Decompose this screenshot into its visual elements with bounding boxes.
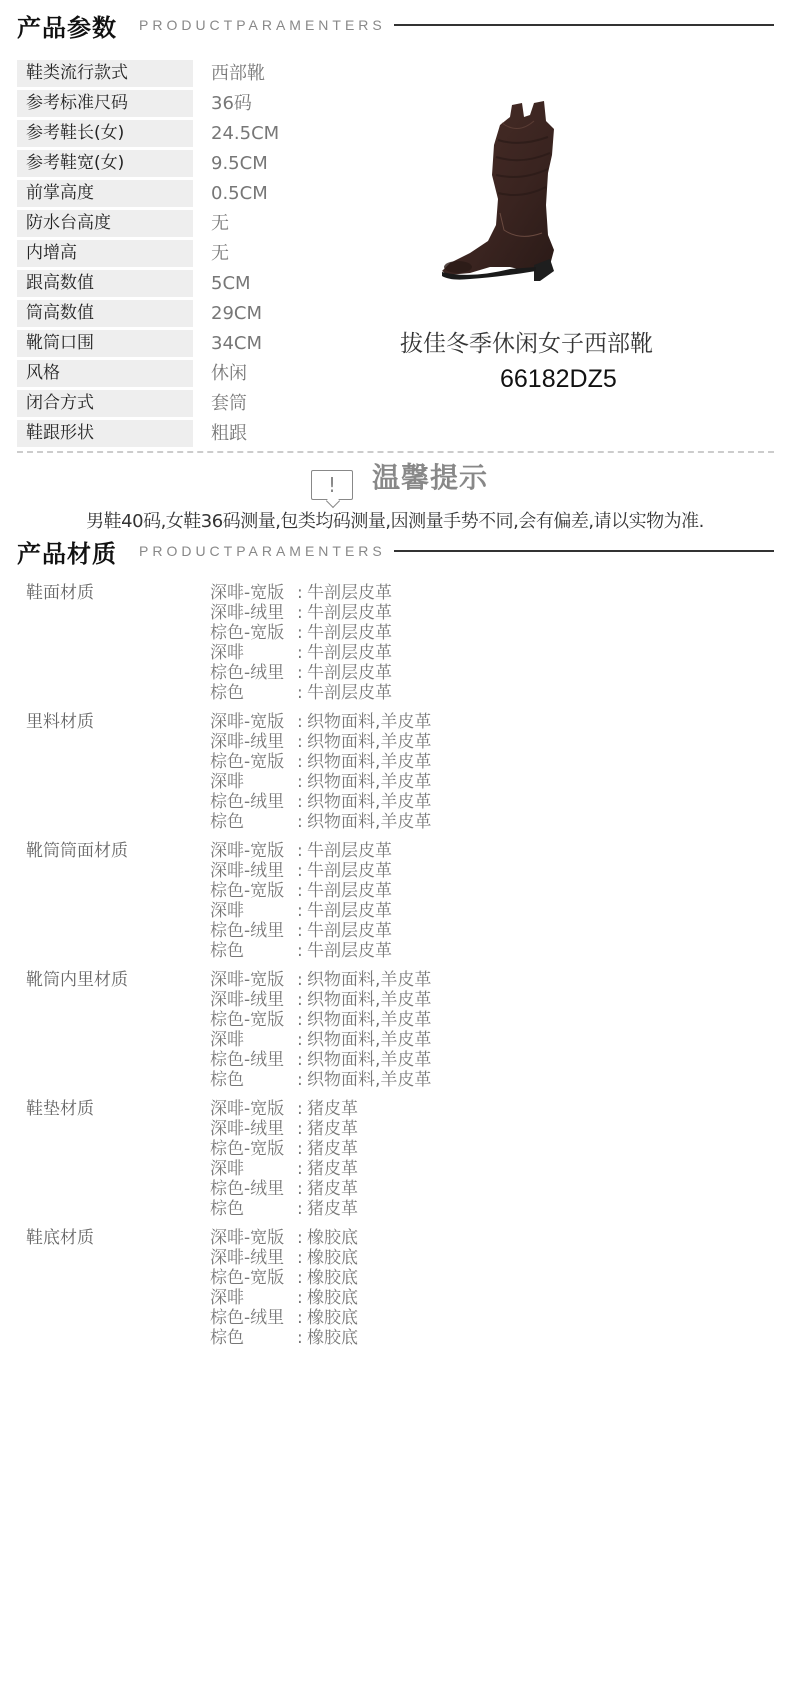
material-line: 深啡:牛剖层皮革	[210, 643, 392, 663]
materials-list: 鞋面材质深啡-宽版:牛剖层皮革深啡-绒里:牛剖层皮革棕色-宽版:牛剖层皮革深啡:…	[26, 583, 626, 1357]
material-colon: :	[297, 970, 307, 990]
param-value: 休闲	[211, 360, 247, 387]
material-lines: 深啡-宽版:橡胶底深啡-绒里:橡胶底棕色-宽版:橡胶底深啡:橡胶底棕色-绒里:橡…	[210, 1228, 358, 1348]
material-variant: 棕色-绒里	[210, 1050, 297, 1070]
param-value: 9.5CM	[211, 150, 268, 177]
param-label: 参考鞋宽(女)	[17, 150, 193, 177]
material-line: 棕色-绒里:织物面料,羊皮革	[210, 1050, 431, 1070]
material-variant: 棕色-绒里	[210, 663, 297, 683]
material-colon: :	[297, 732, 307, 752]
material-value: 牛剖层皮革	[307, 683, 392, 703]
material-value: 橡胶底	[307, 1308, 358, 1328]
material-line: 棕色:橡胶底	[210, 1328, 358, 1348]
material-value: 织物面料,羊皮革	[307, 990, 431, 1010]
material-variant: 深啡	[210, 1159, 297, 1179]
material-value: 牛剖层皮革	[307, 603, 392, 623]
param-value: 5CM	[211, 270, 251, 297]
param-label: 内增高	[17, 240, 193, 267]
material-value: 猪皮革	[307, 1119, 358, 1139]
material-group: 鞋底材质深啡-宽版:橡胶底深啡-绒里:橡胶底棕色-宽版:橡胶底深啡:橡胶底棕色-…	[26, 1228, 626, 1348]
material-colon: :	[297, 1328, 307, 1348]
material-colon: :	[297, 643, 307, 663]
param-label: 闭合方式	[17, 390, 193, 417]
section-subtitle: PRODUCTPARAMENTERS	[139, 543, 386, 559]
material-variant: 棕色-宽版	[210, 623, 297, 643]
material-colon: :	[297, 901, 307, 921]
material-lines: 深啡-宽版:牛剖层皮革深啡-绒里:牛剖层皮革棕色-宽版:牛剖层皮革深啡:牛剖层皮…	[210, 841, 392, 961]
param-label: 前掌高度	[17, 180, 193, 207]
material-colon: :	[297, 792, 307, 812]
material-variant: 棕色	[210, 1199, 297, 1219]
material-colon: :	[297, 623, 307, 643]
material-colon: :	[297, 683, 307, 703]
param-label: 跟高数值	[17, 270, 193, 297]
material-colon: :	[297, 990, 307, 1010]
material-colon: :	[297, 1179, 307, 1199]
material-line: 深啡-宽版:牛剖层皮革	[210, 841, 392, 861]
param-row: 风格休闲	[17, 360, 347, 387]
param-row: 防水台高度无	[17, 210, 347, 237]
param-label: 风格	[17, 360, 193, 387]
section-subtitle: PRODUCTPARAMENTERS	[139, 17, 386, 33]
tip-title: 温馨提示	[372, 456, 488, 496]
material-variant: 棕色	[210, 1070, 297, 1090]
material-variant: 深啡	[210, 901, 297, 921]
material-line: 深啡:猪皮革	[210, 1159, 358, 1179]
material-value: 牛剖层皮革	[307, 901, 392, 921]
material-line: 深啡-绒里:橡胶底	[210, 1248, 358, 1268]
material-line: 深啡:牛剖层皮革	[210, 901, 392, 921]
material-variant: 棕色-宽版	[210, 1268, 297, 1288]
material-line: 棕色-宽版:织物面料,羊皮革	[210, 752, 431, 772]
material-value: 牛剖层皮革	[307, 861, 392, 881]
material-line: 深啡:织物面料,羊皮革	[210, 772, 431, 792]
section-title: 产品材质	[17, 534, 117, 569]
material-variant: 深啡-宽版	[210, 1228, 297, 1248]
material-colon: :	[297, 1308, 307, 1328]
material-value: 牛剖层皮革	[307, 941, 392, 961]
param-row: 跟高数值5CM	[17, 270, 347, 297]
material-line: 棕色-绒里:牛剖层皮革	[210, 921, 392, 941]
material-value: 猪皮革	[307, 1099, 358, 1119]
dashed-divider	[17, 451, 774, 453]
params-table: 鞋类流行款式西部靴参考标准尺码36码参考鞋长(女)24.5CM参考鞋宽(女)9.…	[17, 60, 347, 450]
material-colon: :	[297, 772, 307, 792]
material-colon: :	[297, 1119, 307, 1139]
material-line: 深啡:织物面料,羊皮革	[210, 1030, 431, 1050]
tip-text: 男鞋40码,女鞋36码测量,包类均码测量,因测量手势不同,会有偏差,请以实物为准…	[0, 507, 790, 533]
param-value: 西部靴	[211, 60, 265, 87]
material-colon: :	[297, 752, 307, 772]
material-label: 鞋面材质	[26, 583, 210, 703]
material-group: 里料材质深啡-宽版:织物面料,羊皮革深啡-绒里:织物面料,羊皮革棕色-宽版:织物…	[26, 712, 626, 832]
material-colon: :	[297, 1010, 307, 1030]
material-line: 棕色-宽版:橡胶底	[210, 1268, 358, 1288]
param-row: 参考鞋长(女)24.5CM	[17, 120, 347, 147]
material-value: 织物面料,羊皮革	[307, 792, 431, 812]
material-variant: 棕色	[210, 812, 297, 832]
material-value: 牛剖层皮革	[307, 663, 392, 683]
param-row: 内增高无	[17, 240, 347, 267]
material-variant: 深啡-宽版	[210, 841, 297, 861]
material-colon: :	[297, 881, 307, 901]
material-value: 织物面料,羊皮革	[307, 1070, 431, 1090]
material-value: 猪皮革	[307, 1139, 358, 1159]
section-title: 产品参数	[17, 8, 117, 43]
material-colon: :	[297, 1050, 307, 1070]
material-lines: 深啡-宽版:织物面料,羊皮革深啡-绒里:织物面料,羊皮革棕色-宽版:织物面料,羊…	[210, 970, 431, 1090]
material-value: 牛剖层皮革	[307, 583, 392, 603]
material-value: 织物面料,羊皮革	[307, 812, 431, 832]
material-line: 深啡-绒里:牛剖层皮革	[210, 861, 392, 881]
param-value: 粗跟	[211, 420, 247, 447]
material-variant: 深啡-绒里	[210, 1119, 297, 1139]
material-label: 鞋底材质	[26, 1228, 210, 1348]
param-label: 鞋类流行款式	[17, 60, 193, 87]
material-variant: 棕色	[210, 1328, 297, 1348]
material-line: 深啡-绒里:织物面料,羊皮革	[210, 732, 431, 752]
param-value: 套筒	[211, 390, 247, 417]
exclamation-speech-bubble-icon: !	[311, 470, 353, 500]
material-variant: 深啡	[210, 772, 297, 792]
section-divider	[394, 24, 774, 26]
param-row: 参考标准尺码36码	[17, 90, 347, 117]
material-value: 织物面料,羊皮革	[307, 970, 431, 990]
material-line: 棕色:织物面料,羊皮革	[210, 812, 431, 832]
param-label: 筒高数值	[17, 300, 193, 327]
material-variant: 棕色-宽版	[210, 1139, 297, 1159]
material-label: 靴筒筒面材质	[26, 841, 210, 961]
param-label: 防水台高度	[17, 210, 193, 237]
material-variant: 棕色-宽版	[210, 881, 297, 901]
param-row: 前掌高度0.5CM	[17, 180, 347, 207]
material-variant: 棕色	[210, 683, 297, 703]
material-value: 橡胶底	[307, 1248, 358, 1268]
material-value: 织物面料,羊皮革	[307, 1050, 431, 1070]
material-value: 橡胶底	[307, 1228, 358, 1248]
material-line: 棕色-宽版:织物面料,羊皮革	[210, 1010, 431, 1030]
material-variant: 深啡-宽版	[210, 712, 297, 732]
material-variant: 深啡-绒里	[210, 603, 297, 623]
param-value: 0.5CM	[211, 180, 268, 207]
param-value: 24.5CM	[211, 120, 279, 147]
material-variant: 深啡	[210, 643, 297, 663]
material-variant: 深啡-宽版	[210, 1099, 297, 1119]
material-variant: 棕色-绒里	[210, 1179, 297, 1199]
material-variant: 棕色-宽版	[210, 752, 297, 772]
material-group: 靴筒内里材质深啡-宽版:织物面料,羊皮革深啡-绒里:织物面料,羊皮革棕色-宽版:…	[26, 970, 626, 1090]
param-label: 参考标准尺码	[17, 90, 193, 117]
material-colon: :	[297, 663, 307, 683]
material-variant: 棕色-绒里	[210, 792, 297, 812]
product-image-boot	[430, 95, 600, 295]
material-value: 牛剖层皮革	[307, 623, 392, 643]
material-colon: :	[297, 603, 307, 623]
section-divider	[394, 550, 774, 552]
material-line: 棕色-绒里:橡胶底	[210, 1308, 358, 1328]
param-row: 鞋类流行款式西部靴	[17, 60, 347, 87]
material-line: 棕色-绒里:牛剖层皮革	[210, 663, 392, 683]
material-colon: :	[297, 1228, 307, 1248]
material-line: 深啡-绒里:猪皮革	[210, 1119, 358, 1139]
material-variant: 棕色	[210, 941, 297, 961]
param-label: 靴筒口围	[17, 330, 193, 357]
material-value: 织物面料,羊皮革	[307, 1010, 431, 1030]
material-value: 猪皮革	[307, 1199, 358, 1219]
material-value: 牛剖层皮革	[307, 921, 392, 941]
material-colon: :	[297, 1139, 307, 1159]
material-lines: 深啡-宽版:牛剖层皮革深啡-绒里:牛剖层皮革棕色-宽版:牛剖层皮革深啡:牛剖层皮…	[210, 583, 392, 703]
param-row: 闭合方式套筒	[17, 390, 347, 417]
param-value: 29CM	[211, 300, 262, 327]
section-header-materials: 产品材质 PRODUCTPARAMENTERS	[17, 531, 774, 571]
material-colon: :	[297, 1248, 307, 1268]
material-colon: :	[297, 921, 307, 941]
material-value: 织物面料,羊皮革	[307, 712, 431, 732]
param-label: 参考鞋长(女)	[17, 120, 193, 147]
material-colon: :	[297, 1070, 307, 1090]
material-variant: 深啡	[210, 1288, 297, 1308]
material-variant: 深啡-绒里	[210, 990, 297, 1010]
material-line: 深啡-宽版:织物面料,羊皮革	[210, 712, 431, 732]
material-colon: :	[297, 941, 307, 961]
material-value: 牛剖层皮革	[307, 881, 392, 901]
material-group: 鞋垫材质深啡-宽版:猪皮革深啡-绒里:猪皮革棕色-宽版:猪皮革深啡:猪皮革棕色-…	[26, 1099, 626, 1219]
material-line: 深啡-宽版:猪皮革	[210, 1099, 358, 1119]
material-value: 猪皮革	[307, 1179, 358, 1199]
material-colon: :	[297, 1288, 307, 1308]
material-colon: :	[297, 1268, 307, 1288]
material-variant: 深啡-宽版	[210, 583, 297, 603]
material-line: 棕色:猪皮革	[210, 1199, 358, 1219]
param-row: 鞋跟形状粗跟	[17, 420, 347, 447]
material-variant: 深啡-绒里	[210, 732, 297, 752]
material-variant: 深啡-绒里	[210, 861, 297, 881]
param-value: 无	[211, 210, 229, 237]
param-value: 36码	[211, 90, 252, 117]
param-label: 鞋跟形状	[17, 420, 193, 447]
material-colon: :	[297, 1030, 307, 1050]
param-value: 无	[211, 240, 229, 267]
material-variant: 深啡	[210, 1030, 297, 1050]
material-colon: :	[297, 1199, 307, 1219]
material-line: 深啡-宽版:橡胶底	[210, 1228, 358, 1248]
param-row: 参考鞋宽(女)9.5CM	[17, 150, 347, 177]
material-line: 棕色:织物面料,羊皮革	[210, 1070, 431, 1090]
material-colon: :	[297, 583, 307, 603]
material-variant: 深啡-绒里	[210, 1248, 297, 1268]
material-line: 深啡-绒里:牛剖层皮革	[210, 603, 392, 623]
material-group: 鞋面材质深啡-宽版:牛剖层皮革深啡-绒里:牛剖层皮革棕色-宽版:牛剖层皮革深啡:…	[26, 583, 626, 703]
material-line: 深啡-宽版:牛剖层皮革	[210, 583, 392, 603]
material-lines: 深啡-宽版:猪皮革深啡-绒里:猪皮革棕色-宽版:猪皮革深啡:猪皮革棕色-绒里:猪…	[210, 1099, 358, 1219]
material-lines: 深啡-宽版:织物面料,羊皮革深啡-绒里:织物面料,羊皮革棕色-宽版:织物面料,羊…	[210, 712, 431, 832]
material-label: 靴筒内里材质	[26, 970, 210, 1090]
material-line: 棕色-宽版:牛剖层皮革	[210, 881, 392, 901]
material-colon: :	[297, 812, 307, 832]
material-value: 猪皮革	[307, 1159, 358, 1179]
material-line: 深啡-绒里:织物面料,羊皮革	[210, 990, 431, 1010]
section-header-params: 产品参数 PRODUCTPARAMENTERS	[17, 5, 774, 45]
param-row: 靴筒口围34CM	[17, 330, 347, 357]
material-line: 深啡-宽版:织物面料,羊皮革	[210, 970, 431, 990]
material-value: 牛剖层皮革	[307, 841, 392, 861]
material-group: 靴筒筒面材质深啡-宽版:牛剖层皮革深啡-绒里:牛剖层皮革棕色-宽版:牛剖层皮革深…	[26, 841, 626, 961]
material-value: 橡胶底	[307, 1268, 358, 1288]
material-variant: 棕色-绒里	[210, 921, 297, 941]
material-value: 织物面料,羊皮革	[307, 752, 431, 772]
material-value: 橡胶底	[307, 1328, 358, 1348]
material-value: 织物面料,羊皮革	[307, 772, 431, 792]
material-colon: :	[297, 1099, 307, 1119]
material-colon: :	[297, 861, 307, 881]
material-value: 橡胶底	[307, 1288, 358, 1308]
material-line: 棕色-宽版:猪皮革	[210, 1139, 358, 1159]
material-value: 织物面料,羊皮革	[307, 1030, 431, 1050]
product-code: 66182DZ5	[500, 365, 617, 394]
material-value: 牛剖层皮革	[307, 643, 392, 663]
material-label: 里料材质	[26, 712, 210, 832]
material-variant: 棕色-宽版	[210, 1010, 297, 1030]
material-line: 棕色-宽版:牛剖层皮革	[210, 623, 392, 643]
material-line: 深啡:橡胶底	[210, 1288, 358, 1308]
material-colon: :	[297, 841, 307, 861]
material-variant: 棕色-绒里	[210, 1308, 297, 1328]
material-line: 棕色-绒里:织物面料,羊皮革	[210, 792, 431, 812]
material-variant: 深啡-宽版	[210, 970, 297, 990]
material-line: 棕色-绒里:猪皮革	[210, 1179, 358, 1199]
param-row: 筒高数值29CM	[17, 300, 347, 327]
param-value: 34CM	[211, 330, 262, 357]
material-colon: :	[297, 712, 307, 732]
product-name: 拔佳冬季休闲女子西部靴	[400, 325, 653, 358]
material-value: 织物面料,羊皮革	[307, 732, 431, 752]
material-line: 棕色:牛剖层皮革	[210, 683, 392, 703]
material-label: 鞋垫材质	[26, 1099, 210, 1219]
material-line: 棕色:牛剖层皮革	[210, 941, 392, 961]
material-colon: :	[297, 1159, 307, 1179]
